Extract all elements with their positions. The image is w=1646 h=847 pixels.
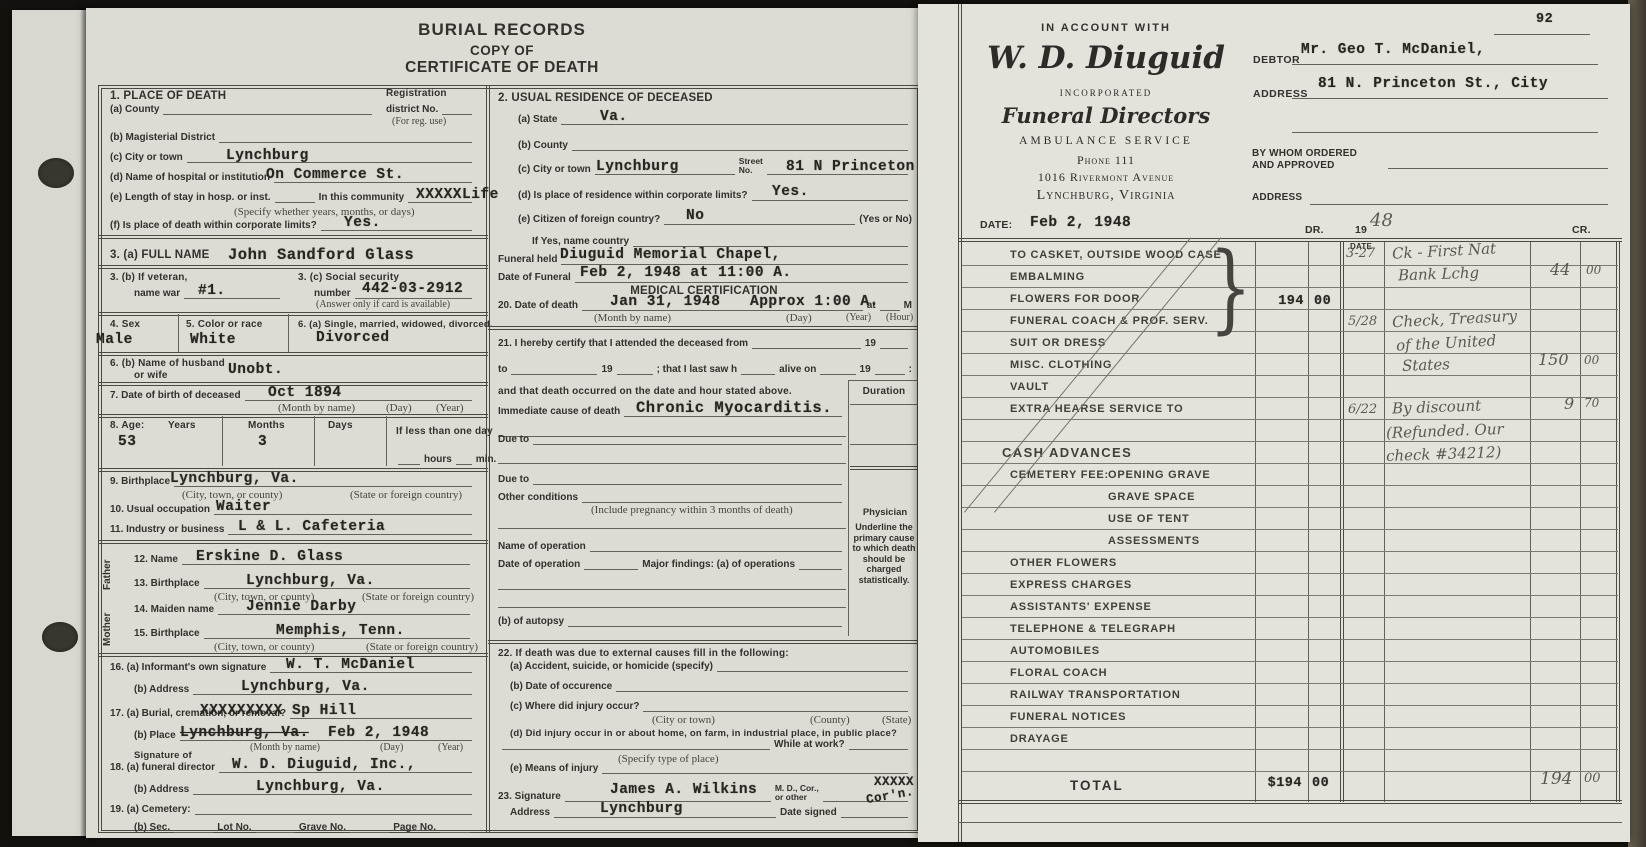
ordered-label1: BY WHOM ORDERED [1252,148,1357,159]
race-label: 5. Color or race [186,319,263,330]
rule [1292,64,1598,65]
yes-no-note: (Yes or No) [859,214,912,225]
signature-value: James A. Wilkins [610,782,757,798]
ledger-row-label: EXPRESS CHARGES [1010,579,1132,591]
ordered-label2: AND APPROVED [1252,160,1335,171]
findings-label: Major findings: (a) of operations [642,559,795,570]
city-value: Lynchburg [226,148,309,164]
director-addr-label: (b) Address [134,784,189,795]
rule [386,416,387,466]
res-corporate-field: (d) Is place of residence within corpora… [518,187,912,201]
father-name-label: 12. Name [134,554,178,565]
corporate-label: (f) Is place of death within corporate l… [110,220,317,231]
burial-date-value: Feb 2, 1948 [328,725,429,741]
magisterial-label: (b) Magisterial District [110,132,215,143]
due-label: Due to [498,434,529,445]
rule [174,830,213,833]
other-label: Other conditions [498,492,578,503]
funeral-date-value: Feb 2, 1948 at 11:00 A. [580,265,792,281]
race-value: White [190,332,236,348]
binding-strip [12,10,86,836]
burial-value: XXXXXXXXX Sp Hill [200,703,356,719]
rule [958,800,1622,804]
hospital-label: (d) Name of hospital or institution [110,172,270,183]
alive-label: alive on [779,364,816,375]
credit-date: 6/22 [1348,402,1377,417]
rule [799,567,842,570]
industry-value: L & L. Cafeteria [238,519,385,535]
city-line: Lynchburg, Virginia [966,188,1246,204]
mother-note2: (State or foreign country) [366,641,478,653]
rule [350,830,389,833]
state-label: (a) State [518,114,557,125]
lot-label: Lot No. [217,822,251,833]
age-years-value: 53 [118,434,136,450]
ledger-row-label: FLOWERS FOR DOOR [1010,293,1140,305]
credit-amount-dollars: 44 [1550,260,1570,279]
ledger-row-label: FUNERAL COACH & PROF. SERV. [1010,315,1209,327]
street-line: 1016 Rivermont Avenue [966,170,1246,185]
min-label: min. [476,454,497,465]
magisterial-field: (b) Magisterial District [110,129,476,143]
ledger-row: GRAVE SPACE [962,486,1618,508]
ledger-row-label: SUIT OR DRESS [1010,337,1106,349]
external-c-note2: (County) [810,714,850,726]
tagline: Funeral Directors [966,103,1246,128]
opname-label: Name of operation [498,541,586,552]
ledger-row-label: RAILWAY TRANSPORTATION [1010,689,1181,701]
rule [533,442,842,445]
res-county-field: (b) County [518,137,912,151]
rule [572,148,908,151]
scanned-burial-record: BURIAL RECORDS COPY OF CERTIFICATE OF DE… [0,0,1646,847]
mother-side-label: Mother [102,604,113,654]
mother-note1: (City, town, or county) [214,641,314,653]
war-label: name war [134,288,180,299]
punch-hole [38,158,74,188]
cause-value: Chronic Myocarditis. [636,399,832,417]
stay-label: (e) Length of stay in hosp. or inst. [110,192,271,203]
cemetery-detail-field: (b) Sec.Lot No.Grave No.Page No. [134,819,474,833]
veteran-label: 3. (b) If veteran, [110,272,188,283]
in-account-label: IN ACCOUNT WITH [966,22,1246,34]
reg-use-note: (For reg. use) [392,116,446,127]
rule [1388,168,1608,169]
ledger-row: RAILWAY TRANSPORTATION [962,684,1618,706]
spouse-label1: 6. (b) Name of husband [110,358,225,369]
rule [314,416,315,466]
county-label: (a) County [110,104,159,115]
doc-subtitle2: CERTIFICATE OF DEATH [302,59,702,77]
birthdate-note3: (Year) [436,402,464,414]
rule [488,326,920,330]
ss-value: 442-03-2912 [362,281,463,297]
rule [584,567,638,570]
fullname-label: 3. (a) FULL NAME [110,249,209,261]
ledger-row: SUIT OR DRESS [962,332,1618,354]
debtor-value: Mr. Geo T. McDaniel, [1301,42,1485,58]
scan-right-edge [1628,0,1646,847]
certify-line1: 21. I hereby certify that I attended the… [498,335,912,349]
external-a-label: (a) Accident, suicide, or homicide (spec… [510,661,713,672]
m-label: M [904,300,912,311]
no-label: No. [739,166,763,175]
ledger-row-label: VAULT [1010,381,1049,393]
signature-addr-value: Lynchburg [600,801,683,817]
death-note3: (Year) [846,312,871,323]
cemetery-field: 19. (a) Cemetery: [110,801,476,815]
age-months-label: Months [248,420,285,431]
ledger-row: CEMETERY FEE:OPENING GRAVE [962,464,1618,486]
opdate-label: Date of operation [498,559,580,570]
hours-label: hours [424,454,452,465]
phone-line: Phone 111 [966,153,1246,168]
citizen-value: No [686,208,704,224]
father-bp-label: 13. Birthplace [134,578,200,589]
dr-amount-cents: 00 [1314,294,1331,309]
ledger-row-label: DRAYAGE [1010,733,1069,745]
grave-label: Grave No. [299,822,346,833]
rule [752,346,861,349]
rule [498,607,846,608]
rule [820,372,855,375]
external-c-note1: (City or town) [652,714,715,726]
rule [849,747,908,750]
rule [617,372,653,375]
rule [498,589,846,590]
ledger-row-label: OTHER FLOWERS [1010,557,1117,569]
director-sig-label2: 18. (a) funeral director [110,762,215,773]
total-cr-cents: 00 [1584,771,1601,786]
burial-place-value: Lynchburg, Va. [180,725,309,741]
rule [850,404,920,405]
burial-note1: (Month by name) [250,742,320,753]
res-city-label: (c) City or town [518,164,591,175]
rule [222,416,223,466]
country-label: If Yes, name country [532,236,629,247]
ledger-row-sublabel: GRAVE SPACE [1108,491,1195,503]
mother-name-label: 14. Maiden name [134,604,214,615]
ledger-row: EXTRA HEARSE SERVICE TO [962,398,1618,420]
rule [1292,132,1598,133]
funeral-date-label: Date of Funeral [498,272,571,283]
funeral-held-value: Diuguid Memorial Chapel, [560,247,781,263]
age-days-label: Days [328,420,353,431]
rule [850,466,920,470]
city-label: (c) City or town [110,152,183,163]
rule [880,346,908,349]
rule [511,372,597,375]
ledger-row: ASSESSMENTS [962,530,1618,552]
due-label: Due to [498,474,529,485]
rule [958,822,1622,823]
total-dr-cents: 00 [1312,776,1329,791]
ledger-row-label: MISC. CLOTHING [1010,359,1112,371]
age-years-label: Years [168,420,196,431]
rule [1292,98,1608,99]
fullname-value: John Sandford Glass [228,246,414,264]
cause-label: Immediate cause of death [498,406,620,417]
rule [848,380,849,636]
res-corporate-value: Yes. [772,184,809,200]
rule [98,352,488,356]
marital-value: Divorced [316,330,390,346]
occupation-label: 10. Usual occupation [110,504,210,515]
rule [398,462,420,465]
dr-label: DR. [1305,224,1324,236]
nineteen: 19 [860,364,871,375]
signature-addr-field: AddressDate signed [510,804,912,818]
marital-label: 6. (a) Single, married, widowed, divorce… [298,319,493,330]
duration-label: Duration [850,386,918,397]
death-note4: (Hour) [886,312,913,323]
birthplace-note2: (State or foreign country) [350,489,462,501]
rule [841,815,908,818]
credit-desc: States [1402,355,1450,375]
father-bp-value: Lynchburg, Va. [246,573,375,589]
district-field: district No. [386,101,476,115]
physician-label: Physician [850,508,920,519]
res-city-value: Lynchburg [596,159,679,175]
father-side-label: Father [102,552,113,598]
ledger-row: ASSISTANTS' EXPENSE [962,596,1618,618]
cemetery-label: 19. (a) Cemetery: [110,804,191,815]
rule [533,482,842,485]
funeral-held-label: Funeral held [498,254,557,265]
father-name-value: Erskine D. Glass [196,549,343,565]
community-value: XXXXXLife [416,187,499,203]
age-less-label: If less than one day [396,426,493,437]
md-label2: or other [775,793,819,802]
rule [717,669,908,672]
rule [98,540,488,544]
ledger-row-sublabel: USE OF TENT [1108,513,1190,525]
ledger-row-label: TELEPHONE & TELEGRAPH [1010,623,1176,635]
debtor-addr-value: 81 N. Princeton St., City [1318,76,1548,92]
work-label: While at work? [774,739,845,750]
ledger-row: EMBALMING [962,266,1618,288]
ledger-row: MISC. CLOTHING [962,354,1618,376]
birthplace-label: 9. Birthplace [110,476,170,487]
physician-note: Underline the primary cause to which dea… [848,522,920,585]
rule [440,830,470,833]
mother-bp-label: 15. Birthplace [134,628,200,639]
state-field: (a) State [518,111,912,125]
registration-label: Registration [386,88,447,99]
due2-field: Due to [498,471,846,485]
rule [643,709,908,712]
informant-value: W. T. McDaniel [286,657,415,673]
birthdate-note1: (Month by name) [278,402,355,414]
burial-note2: (Day) [380,742,403,753]
dr-amount-dollars: 194 [1262,294,1304,309]
incorporated-label: INCORPORATED [966,88,1246,98]
rule [498,463,846,464]
rule [98,312,488,316]
ledger-row: OTHER FLOWERS [962,552,1618,574]
account-number: 92 [1536,12,1553,27]
rule [98,414,488,418]
brace-mark: } [1209,238,1252,338]
spouse-label2: or wife [134,370,168,381]
rule [488,640,920,644]
external-b-label: (b) Date of occurence [510,681,612,692]
page-label: Page No. [393,822,436,833]
rule [568,624,842,627]
ledger-row: USE OF TENT [962,508,1618,530]
external-c-field: (c) Where did injury occur? [510,698,912,712]
ledger-row-label: FLORAL COACH [1010,667,1107,679]
death-date-value: Jan 31, 1948 [610,294,720,310]
doc-title: BURIAL RECORDS [302,20,702,40]
ss-note: (Answer only if card is available) [316,299,450,310]
certificate-page: BURIAL RECORDS COPY OF CERTIFICATE OF DE… [86,8,918,838]
rule [958,238,1622,242]
autopsy-field: (b) of autopsy [498,613,846,627]
birthdate-value: Oct 1894 [268,385,342,401]
other-field: Other conditions [498,489,846,503]
external-c-note3: (State) [882,714,911,726]
credit-amount-dollars: 150 [1538,350,1569,369]
credit-amount-dollars: 9 [1564,394,1574,413]
burial-place-label: (b) Place [134,730,176,741]
rule [178,314,179,352]
rule [1494,34,1590,35]
burial-note3: (Year) [438,742,463,753]
rule [848,380,920,381]
colon: : [909,364,912,375]
rule [850,444,920,445]
ledger-row-label: TO CASKET, OUTSIDE WOOD CASE [1010,249,1222,261]
mother-name-value: Jennie Darby [246,599,356,615]
informant-addr-value: Lynchburg, Va. [241,679,370,695]
industry-label: 11. Industry or business [110,524,224,535]
pregnancy-note: (Include pregnancy within 3 months of de… [591,504,793,516]
external-work-field: While at work? [498,736,912,750]
rule [498,528,846,529]
rule [288,314,289,352]
external-e-label: (e) Means of injury [510,763,598,774]
citizen-label: (e) Citizen of foreign country? [518,214,660,225]
external-c-label: (c) Where did injury occur? [510,701,639,712]
hospital-value: On Commerce St. [266,167,404,183]
community-label: In this community [319,192,405,203]
md-cor-label: M. D., Cor.,or other [775,784,819,802]
certify-text1: 21. I hereby certify that I attended the… [498,338,748,349]
ledger-row-label: EXTRA HEARSE SERVICE TO [1010,403,1183,415]
signature-label: 23. Signature [498,791,561,802]
ordered-addr-label: ADDRESS [1252,192,1302,203]
ledger-row-sublabel: OPENING GRAVE [1108,469,1211,481]
total-label: TOTAL [1070,778,1124,793]
director-value: W. D. Diuguid, Inc., [232,757,416,773]
rule [219,140,472,143]
rule [880,308,900,311]
credit-amount-cents: 00 [1586,263,1601,277]
corporate-value: Yes. [344,215,381,231]
ledger-row-label: AUTOMOBILES [1010,645,1100,657]
opdate-field: Date of operationMajor findings: (a) of … [498,556,846,570]
ledger-row: TO CASKET, OUTSIDE WOOD CASE [962,244,1618,266]
sex-label: 4. Sex [110,319,140,330]
rule [616,689,908,692]
autopsy-label: (b) of autopsy [498,616,564,627]
credit-date: 5/28 [1348,314,1377,329]
rule [456,462,472,465]
sec-label: (b) Sec. [134,822,170,833]
rule [1310,204,1608,205]
punch-hole [42,622,78,652]
external-b-field: (b) Date of occurence [510,678,912,692]
certify-line2: to19; that I last saw halive on19: [498,361,912,375]
rule [195,812,472,815]
res-corporate-label: (d) Is place of residence within corpora… [518,190,748,201]
ledger-page: IN ACCOUNT WITH W. D. Diuguid INCORPORAT… [918,4,1630,842]
rule [875,372,905,375]
rule [256,830,295,833]
service-line: AMBULANCE SERVICE [966,135,1246,147]
ss-number-label: number [314,288,351,299]
res-county-label: (b) County [518,140,568,151]
date-signed-label: Date signed [780,807,837,818]
nineteen: 19 [865,338,876,349]
rule [275,200,315,203]
informant-addr-label: (b) Address [134,684,189,695]
date-label: DATE: [980,219,1012,231]
cr-label: CR. [1572,224,1591,236]
director-addr-value: Lynchburg, Va. [256,779,385,795]
date-value: Feb 2, 1948 [1030,215,1131,231]
ledger-row: DRAYAGE [962,728,1618,750]
opname-field: Name of operation [498,538,846,552]
mother-bp-value: Memphis, Tenn. [276,623,405,639]
informant-label: 16. (a) Informant's own signature [110,662,266,673]
district-label: district No. [386,104,438,115]
hours-field: hoursmin. [394,451,474,465]
death-note2: (Day) [786,312,812,324]
signature-addr-label: Address [510,807,550,818]
ledger-row: FUNERAL COACH & PROF. SERV. [962,310,1618,332]
occupation-value: Waiter [216,499,271,515]
ledger-row-label: FUNERAL NOTICES [1010,711,1126,723]
external-a-field: (a) Accident, suicide, or homicide (spec… [510,658,912,672]
citizen-field: (e) Citizen of foreign country?(Yes or N… [518,211,912,225]
total-dr-dollars: $194 [1256,776,1302,791]
ledger-row: FLORAL COACH [962,662,1618,684]
state-value: Va. [600,109,628,125]
sex-value: Male [96,332,133,348]
occupation-field: 10. Usual occupation [110,501,476,515]
credit-amount-cents: 70 [1584,396,1599,410]
country-field: If Yes, name country [532,233,912,247]
credit-amount-cents: 00 [1584,353,1599,367]
rule [502,747,770,750]
rule [163,112,372,115]
rule [741,372,775,375]
rule [442,112,472,115]
rule [602,771,908,774]
ledger-row-sublabel: ASSESSMENTS [1108,535,1200,547]
company-name: W. D. Diuguid [966,40,1246,76]
ledger-row: AUTOMOBILES [962,640,1618,662]
credit-desc: By discount [1392,396,1482,417]
year-handwritten: 48 [1370,210,1393,231]
death-date-label: 20. Date of death [498,300,578,311]
rule [582,500,842,503]
rule [98,265,488,269]
war-value: #1. [198,283,226,299]
due1-field: Due to [498,431,846,445]
